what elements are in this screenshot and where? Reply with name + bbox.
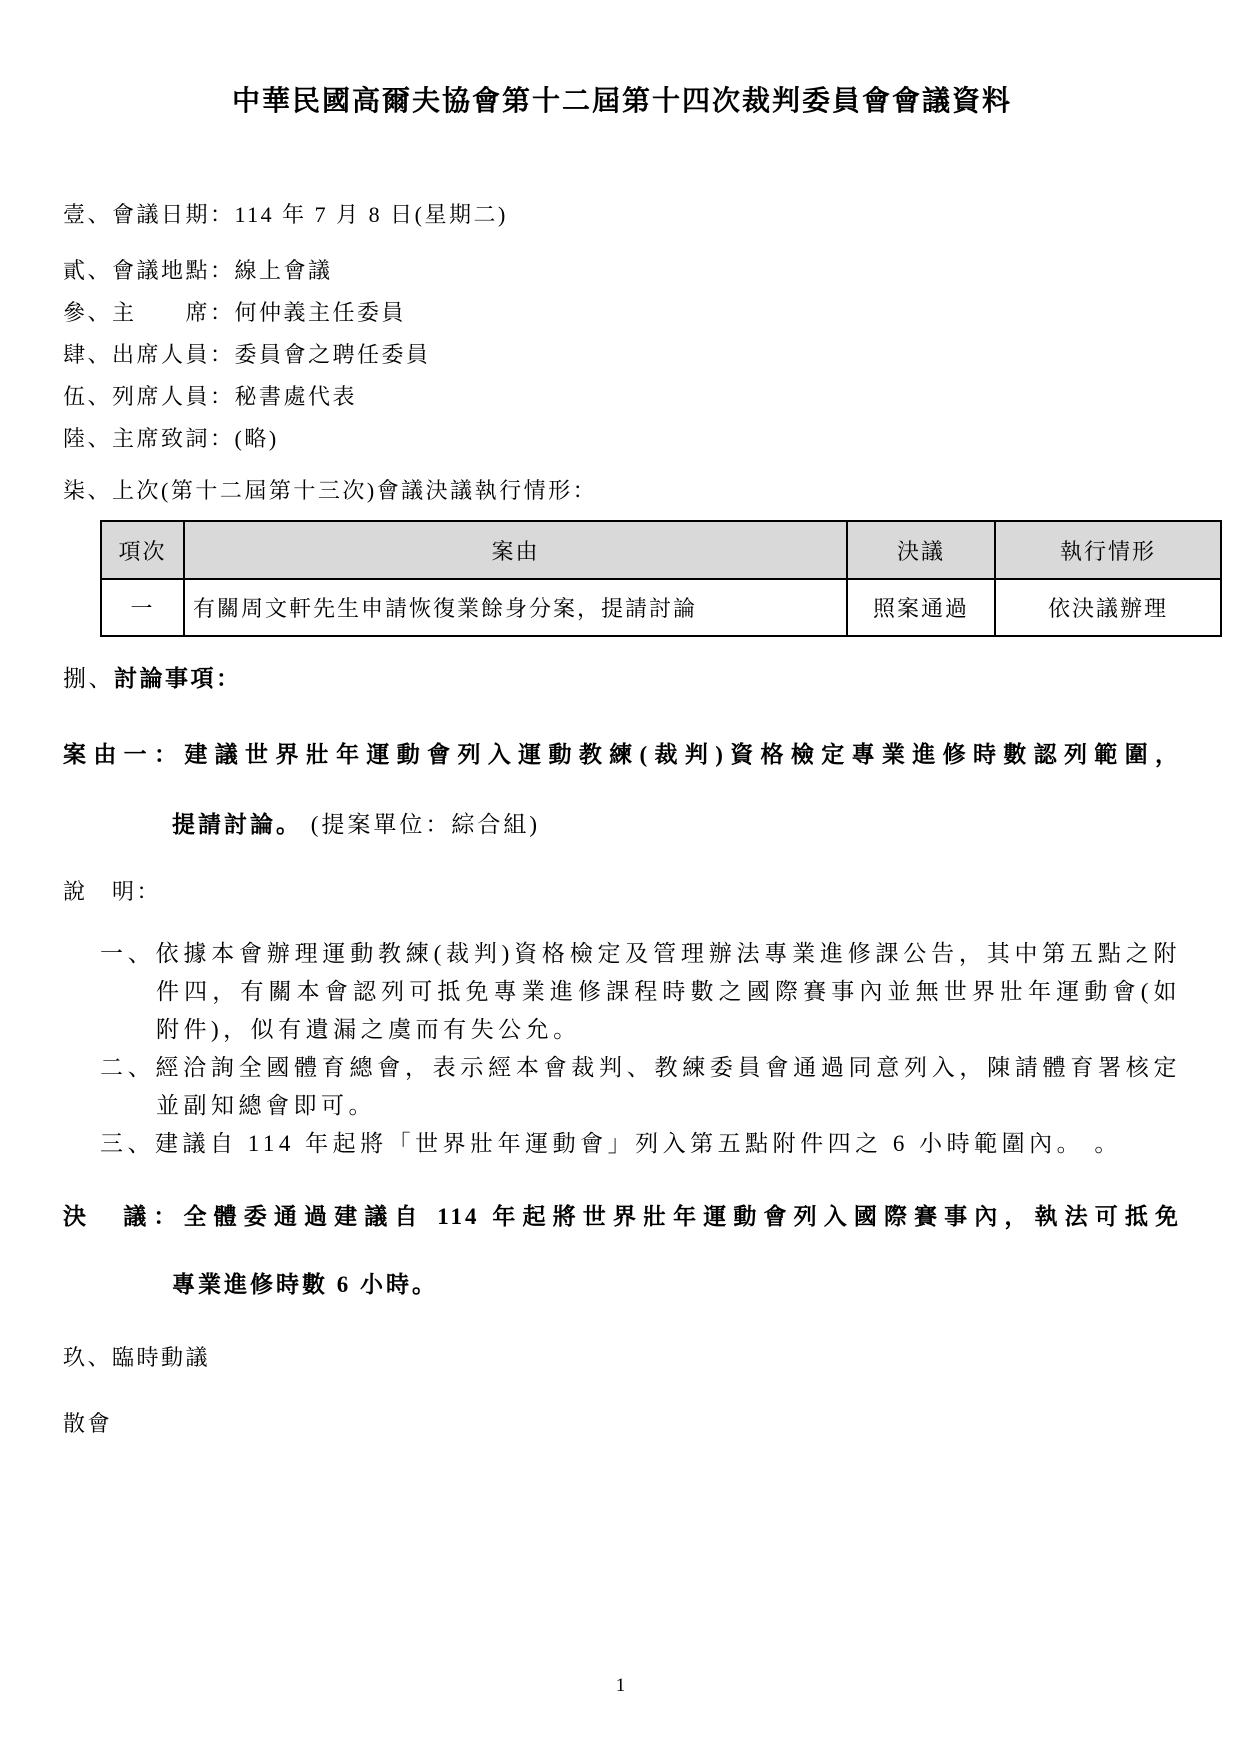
resolution-line-2: 專業進修時數 6 小時。	[63, 1269, 1181, 1301]
extemporary-motions-heading: 玖、臨時動議	[63, 1343, 1181, 1373]
info-line-meeting-date: 壹、會議日期：114 年 7 月 8 日(星期二)	[63, 200, 1181, 230]
info-line-previous-resolutions: 柒、上次(第十二屆第十三次)會議決議執行情形：	[63, 476, 1181, 506]
document-title: 中華民國高爾夫協會第十二屆第十四次裁判委員會會議資料	[63, 0, 1181, 120]
resolution-text: 全體委通過建議自 114 年起將世界壯年運動會列入國際賽事內，執法可抵免	[183, 1204, 1181, 1229]
table-header-case: 案由	[184, 521, 847, 579]
adjournment-text: 散會	[63, 1409, 1181, 1439]
table-cell-execution-status: 依決議辦理	[995, 579, 1221, 636]
case1-proposing-unit: (提案單位：綜合組)	[302, 812, 540, 837]
case1-proposal-line: 案由一：建議世界壯年運動會列入運動教練(裁判)資格檢定專業進修時數認列範圍，	[63, 739, 1181, 771]
info-line-attendees: 肆、出席人員：委員會之聘任委員	[63, 340, 1181, 370]
table-header-execution-status: 執行情形	[995, 521, 1221, 579]
table-row: 一 有關周文軒先生申請恢復業餘身分案，提請討論 照案通過 依決議辦理	[101, 579, 1221, 636]
explanation-list: 一、依據本會辦理運動教練(裁判)資格檢定及管理辦法專業進修課公告，其中第五點之附…	[63, 935, 1181, 1163]
explanation-label: 說 明：	[63, 877, 1181, 907]
table-header-resolution: 決議	[847, 521, 995, 579]
previous-resolutions-table: 項次 案由 決議 執行情形 一 有關周文軒先生申請恢復業餘身分案，提請討論 照案…	[100, 520, 1222, 637]
table-cell-item-no: 一	[101, 579, 184, 636]
table-header-row: 項次 案由 決議 執行情形	[101, 521, 1221, 579]
discussion-section-prefix: 捌、	[63, 666, 114, 691]
table-cell-case: 有關周文軒先生申請恢復業餘身分案，提請討論	[184, 579, 847, 636]
info-line-observers: 伍、列席人員：秘書處代表	[63, 382, 1181, 412]
explanation-item-1: 一、依據本會辦理運動教練(裁判)資格檢定及管理辦法專業進修課公告，其中第五點之附…	[100, 935, 1181, 1049]
discussion-section-heading: 捌、討論事項：	[63, 663, 1181, 695]
case1-proposal-discuss: 提請討論。	[172, 812, 302, 837]
case1-proposal-continuation: 提請討論。 (提案單位：綜合組)	[63, 809, 1181, 841]
case1-label: 案由一：	[63, 742, 184, 767]
resolution-line-1: 決 議：全體委通過建議自 114 年起將世界壯年運動會列入國際賽事內，執法可抵免	[63, 1201, 1181, 1233]
explanation-item-3: 三、建議自 114 年起將「世界壯年運動會」列入第五點附件四之 6 小時範圍內。…	[100, 1125, 1181, 1163]
page-number: 1	[0, 1675, 1241, 1697]
info-line-chair-remarks: 陸、主席致詞：(略)	[63, 424, 1181, 454]
discussion-section-title: 討論事項：	[114, 666, 242, 691]
document-content: 中華民國高爾夫協會第十二屆第十四次裁判委員會會議資料 壹、會議日期：114 年 …	[0, 0, 1241, 1439]
table-header-item-no: 項次	[101, 521, 184, 579]
info-line-chairperson: 參、主 席：何仲義主任委員	[63, 298, 1181, 328]
case1-proposal-text: 建議世界壯年運動會列入運動教練(裁判)資格檢定專業進修時數認列範圍，	[184, 742, 1181, 767]
info-line-meeting-location: 貳、會議地點：線上會議	[63, 256, 1181, 286]
resolution-label: 決 議：	[63, 1204, 183, 1229]
explanation-item-2: 二、經洽詢全國體育總會，表示經本會裁判、教練委員會通過同意列入，陳請體育署核定並…	[100, 1049, 1181, 1125]
table-cell-resolution: 照案通過	[847, 579, 995, 636]
document-page: 中華民國高爾夫協會第十二屆第十四次裁判委員會會議資料 壹、會議日期：114 年 …	[0, 0, 1241, 1755]
